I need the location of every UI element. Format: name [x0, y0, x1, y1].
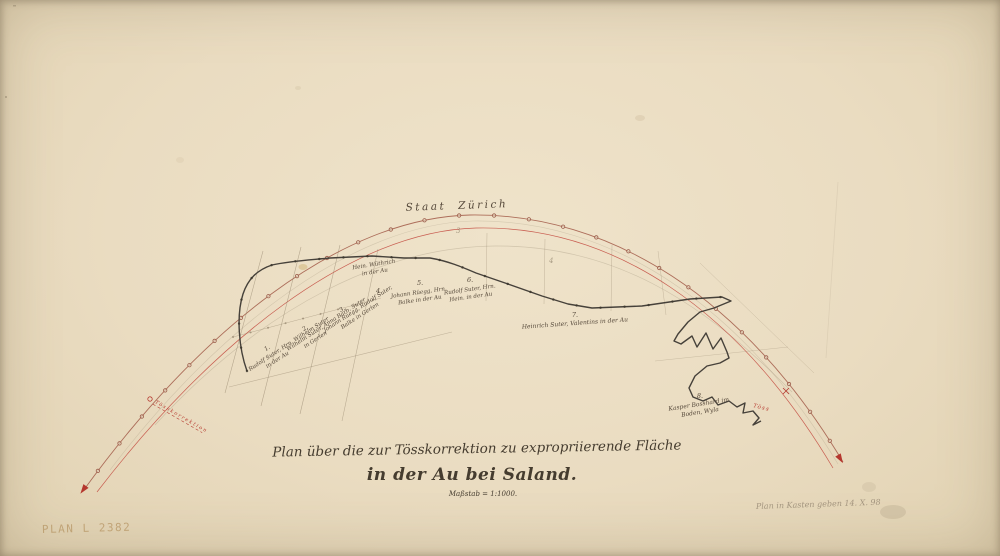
survey-station-circle [828, 439, 831, 442]
survey-station-circle [188, 364, 191, 367]
survey-station-circle [118, 442, 121, 445]
parcel-number: 5. [417, 279, 423, 287]
parcel-owner-line: Johann Rüegg, Rudolf Suter, [322, 285, 394, 335]
survey-station-circle [595, 236, 598, 239]
parcel-grid-line [261, 247, 301, 406]
stain [299, 264, 308, 270]
boundary-vertex-dots [239, 256, 722, 371]
stain [295, 86, 301, 90]
parcel-number: 6. [467, 276, 473, 284]
survey-station-circle [561, 225, 564, 228]
archive-stamp: PLAN L 2382 [42, 521, 132, 536]
red-annotation-right: Töss [753, 403, 771, 413]
survey-station-circle [140, 415, 143, 418]
survey-station-circle [267, 295, 270, 298]
survey-station-circle [423, 219, 426, 222]
parcel-label-5: Johann Rüegg, Hrn. Balke in der Au [390, 286, 449, 307]
survey-station-markers [96, 214, 831, 473]
pencil-arc-outer [110, 221, 838, 470]
survey-station-circle [687, 286, 690, 289]
station-number-4: 4 [548, 257, 553, 265]
survey-station-circle [492, 214, 495, 217]
survey-station-circle [457, 214, 460, 217]
survey-station-circle [740, 331, 743, 334]
survey-station-circle [357, 241, 360, 244]
scanned-plan-page: Tösskorrektion Töss Staat Zürich 3 4 1. … [0, 0, 1000, 556]
section-line [486, 233, 487, 301]
plan-title-line-2: in der Au bei Saland. [367, 465, 577, 485]
stain [880, 505, 906, 519]
section-line [700, 263, 814, 373]
title-block: Plan über die zur Tösskorrektion zu expr… [271, 437, 681, 498]
survey-station-circle [787, 382, 790, 385]
pencil-note: Plan in Kasten geben 14. X. 98 [755, 498, 881, 511]
parcel-number: 7. [572, 311, 578, 319]
stain [176, 157, 184, 163]
parcel-label-6: Rudolf Suter, Hrn. Hein. in der Au [443, 283, 498, 304]
survey-station-circle [96, 469, 99, 472]
survey-station-circle [808, 410, 811, 413]
survey-station-circle [213, 339, 216, 342]
station-number-3: 3 [456, 227, 461, 235]
survey-station-circle [627, 250, 630, 253]
parcel-owner-line: Wilhelm Suter, Anna Barb. Suter [286, 297, 367, 353]
survey-station-circle [295, 274, 298, 277]
survey-station-circle [527, 218, 530, 221]
scan-speck [5, 96, 7, 98]
survey-station-circle [765, 356, 768, 359]
parcel-label-3: 3. Johann Rüegg, Rudolf Suter, Balke in … [317, 277, 398, 340]
scan-speck [13, 5, 16, 7]
stain [862, 482, 876, 492]
red-survey-circle [147, 396, 153, 402]
stain [635, 115, 645, 121]
survey-station-circle [164, 389, 167, 392]
red-arrow-right [835, 453, 845, 464]
state-label: Staat Zürich [405, 198, 508, 214]
parcel-label-4: Hein. Wüthrich in der Au [351, 259, 397, 279]
paper-crease [826, 182, 838, 358]
parcel-label-2: 2. Wilhelm Suter, Anna Barb. Suter in Ge… [281, 289, 371, 358]
parcel-label-1: 1. Rudolf Suter, Hrn. Wilhelm Suter in d… [242, 309, 334, 380]
parcel-number: 4. [375, 287, 382, 295]
red-annotation-right-label: Töss [753, 403, 771, 413]
plan-drawing: Tösskorrektion Töss Staat Zürich 3 4 1. … [0, 0, 1000, 556]
section-line [658, 251, 666, 315]
scale-label: Maßstab = 1:1000. [448, 490, 517, 498]
plan-title-line-1: Plan über die zur Tösskorrektion zu expr… [271, 437, 681, 460]
parcel-number: 8. [697, 392, 703, 400]
survey-station-circle [389, 228, 392, 231]
parcel-number: 1. [263, 344, 272, 353]
